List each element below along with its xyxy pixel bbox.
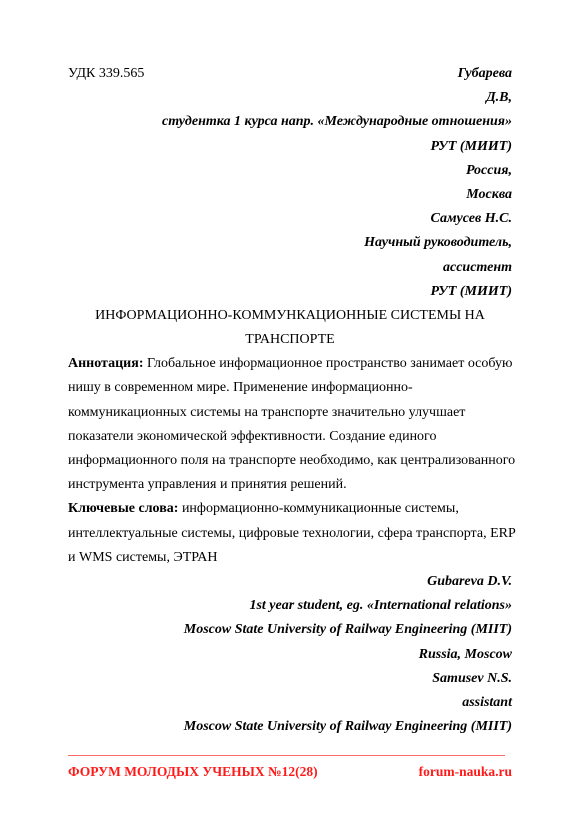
author-ru-line: Д.В, <box>68 86 512 110</box>
page-footer: ФОРУМ МОЛОДЫХ УЧЕНЫХ №12(28) forum-nauka… <box>68 764 512 780</box>
abstract-line: информационного поля на транспорте необх… <box>68 449 512 473</box>
authors-en: Gubareva D.V. 1st year student, eg. «Int… <box>68 570 512 739</box>
author-en-line: Moscow State University of Railway Engin… <box>68 618 512 642</box>
footer-site-link[interactable]: forum-nauka.ru <box>419 764 512 780</box>
author-en-line: Samusev N.S. <box>68 667 512 691</box>
author-ru-line: Самусев Н.С. <box>68 207 512 231</box>
keywords: Ключевые слова: информационно-коммуникац… <box>68 497 512 570</box>
abstract-line: Аннотация: Глобальное информационное про… <box>68 352 512 376</box>
author-ru-line: ассистент <box>68 256 512 280</box>
abstract-line: показатели экономической эффективности. … <box>68 425 512 449</box>
article-title-line-2: ТРАНСПОРТЕ <box>68 328 512 352</box>
udk-row: УДК 339.565 Губарева <box>68 62 512 86</box>
article-title-line-1: ИНФОРМАЦИОННО-КОММУНКАЦИОННЫЕ СИСТЕМЫ НА <box>68 304 512 328</box>
document-page: УДК 339.565 Губарева Д.В, студентка 1 ку… <box>68 62 512 739</box>
author-en-line: Moscow State University of Railway Engin… <box>68 715 512 739</box>
author-ru-line: Москва <box>68 183 512 207</box>
author-en-line: Gubareva D.V. <box>68 570 512 594</box>
author-ru-line: РУТ (МИИТ) <box>68 135 512 159</box>
author-ru-line: РУТ (МИИТ) <box>68 280 512 304</box>
footer-journal: ФОРУМ МОЛОДЫХ УЧЕНЫХ №12(28) <box>68 764 318 780</box>
author-ru-line: Губарева <box>458 62 512 86</box>
abstract-line: нишу в современном мире. Применение инфо… <box>68 376 512 400</box>
author-ru-line: студентка 1 курса напр. «Международные о… <box>68 110 512 134</box>
keywords-line: и WMS системы, ЭТРАН <box>68 546 512 570</box>
abstract-label: Аннотация: <box>68 356 143 371</box>
abstract: Аннотация: Глобальное информационное про… <box>68 352 512 497</box>
keywords-line: интеллектуальные системы, цифровые техно… <box>68 522 512 546</box>
author-en-line: Russia, Moscow <box>68 643 512 667</box>
author-ru-line: Россия, <box>68 159 512 183</box>
udk-code: УДК 339.565 <box>68 62 144 86</box>
author-en-line: assistant <box>68 691 512 715</box>
abstract-line: коммуникационных системы на транспорте з… <box>68 401 512 425</box>
abstract-line: инструмента управления и принятия решени… <box>68 473 512 497</box>
keywords-label: Ключевые слова: <box>68 501 178 516</box>
keywords-line: Ключевые слова: информационно-коммуникац… <box>68 497 512 521</box>
footer-divider <box>68 755 505 756</box>
author-en-line: 1st year student, eg. «International rel… <box>68 594 512 618</box>
author-ru-line: Научный руководитель, <box>68 231 512 255</box>
